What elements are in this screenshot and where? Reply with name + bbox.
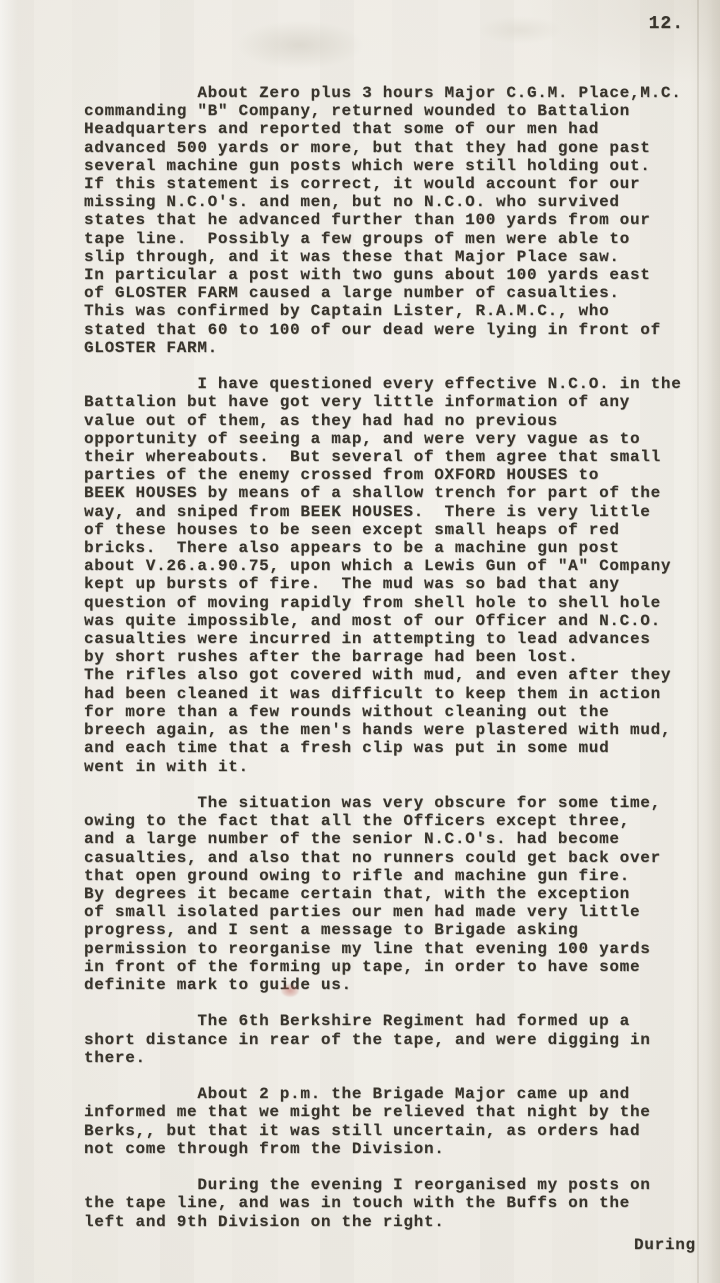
page-number: 12. bbox=[649, 14, 684, 34]
paragraph-evening-reorganise: During the evening I reorganised my post… bbox=[84, 1176, 696, 1231]
document-body: About Zero plus 3 hours Major C.G.M. Pla… bbox=[84, 84, 696, 1231]
paragraph-brigade-major: About 2 p.m. the Brigade Major came up a… bbox=[84, 1085, 696, 1158]
paragraph-nco-questioning: I have questioned every effective N.C.O.… bbox=[84, 375, 696, 775]
catchword: During bbox=[634, 1236, 696, 1254]
paper-crease bbox=[697, 0, 699, 1283]
scanned-document-page: 12. About Zero plus 3 hours Major C.G.M.… bbox=[0, 0, 720, 1283]
paragraph-berkshire-regiment: The 6th Berkshire Regiment had formed up… bbox=[84, 1012, 696, 1067]
paragraph-situation-obscure: The situation was very obscure for some … bbox=[84, 794, 696, 994]
paragraph-major-place-report: About Zero plus 3 hours Major C.G.M. Pla… bbox=[84, 84, 696, 357]
red-ink-smudge bbox=[281, 984, 299, 997]
